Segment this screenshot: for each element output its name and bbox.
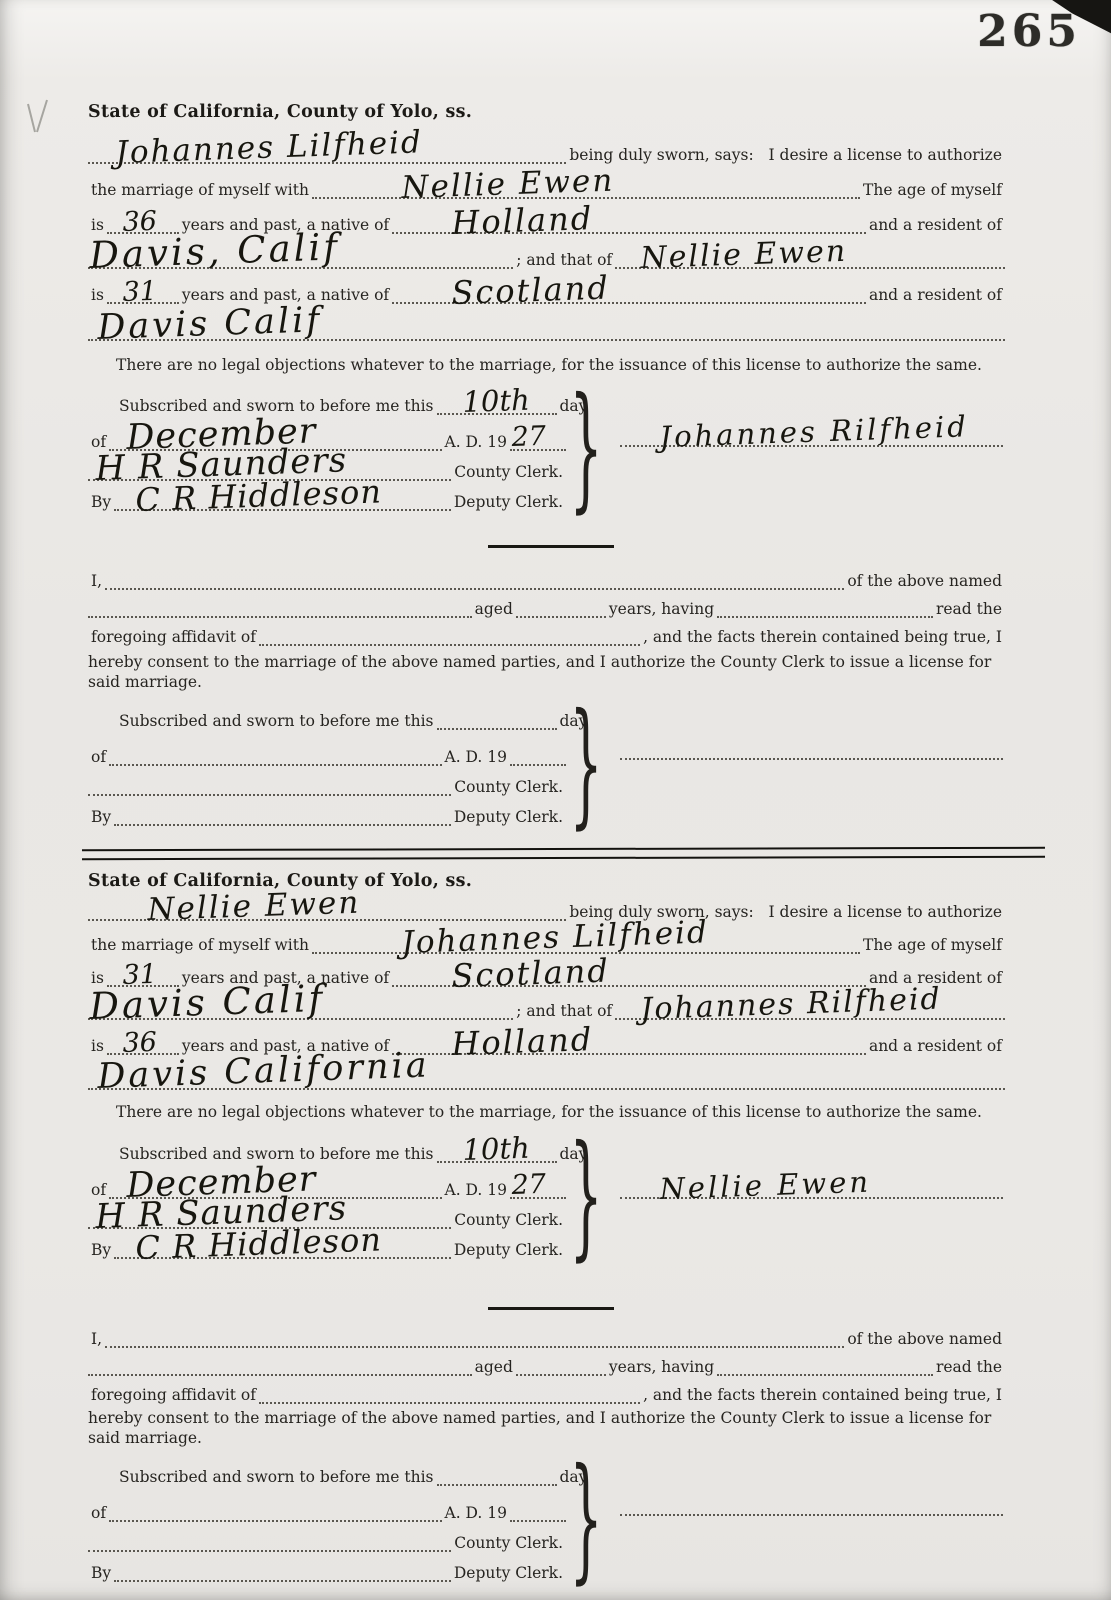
- sworn-year-field: 27: [510, 1195, 566, 1199]
- month-field-blank: [109, 1518, 441, 1522]
- label-is: is: [88, 1038, 107, 1055]
- applicant-signature-area: Nellie Ewen: [606, 1133, 1005, 1259]
- brace-icon: [566, 1133, 606, 1259]
- consent-signature-area: [606, 1456, 1005, 1582]
- that-of-name-handwriting: Johannes Rilfheid: [640, 985, 942, 1026]
- consent1-foregoing-row: foregoing affidavit of , and the facts t…: [88, 618, 1005, 646]
- birthplace-handwriting: Scotland: [451, 955, 610, 993]
- brace-icon: [566, 385, 606, 511]
- label-i: I,: [88, 1331, 105, 1348]
- label-ad19: A. D. 19: [442, 1182, 511, 1199]
- sworn-day-handwriting: 10th: [461, 1133, 529, 1164]
- affidavit1-header: State of California, County of Yolo, ss.: [88, 102, 1005, 122]
- spouse-birthplace-field: Scotland: [392, 300, 866, 304]
- label-aged: aged: [472, 601, 516, 618]
- county-clerk-row: County Clerk.: [88, 1522, 566, 1552]
- consent2-attestation-block: Subscribed and sworn to before me this d…: [88, 1456, 1005, 1582]
- consent-affiant-field: [259, 642, 640, 646]
- applicant-signature-area: Johannes Rilfheid: [606, 385, 1005, 511]
- month-row: of A. D. 19: [88, 1492, 566, 1522]
- label-resident-of: and a resident of: [866, 287, 1005, 304]
- day-field-blank: [437, 1482, 557, 1486]
- label-marriage-with: the marriage of myself with: [88, 937, 312, 954]
- label-deputy-clerk: Deputy Clerk.: [451, 1565, 566, 1582]
- label-by: By: [88, 809, 114, 826]
- affidavit1-spouse-age-row: is 31 years and past, a native of Scotla…: [88, 274, 1005, 304]
- label-and-that-of: ; and that of: [513, 252, 615, 269]
- label-marriage-with: the marriage of myself with: [88, 182, 312, 199]
- label-county-clerk: County Clerk.: [451, 464, 566, 481]
- that-of-name-handwriting: Nellie Ewen: [640, 237, 848, 274]
- consent2-aged-row: aged years, having read the: [88, 1348, 1005, 1376]
- label-facts-true: , and the facts therein contained being …: [640, 629, 1005, 646]
- consent-having-field: [717, 614, 933, 618]
- deputy-clerk-field-blank: [114, 822, 451, 826]
- affidavit2-spouse-row: the marriage of myself with Johannes Lil…: [88, 924, 1005, 954]
- label-read-the: read the: [933, 601, 1005, 618]
- label-of-above-named: of the above named: [844, 1331, 1005, 1348]
- affidavit1-residence-row: Davis, Calif ; and that of Nellie Ewen: [88, 239, 1005, 269]
- label-of: of: [88, 1505, 109, 1522]
- birthplace-field: Holland: [392, 230, 866, 234]
- consent1-aged-row: aged years, having read the: [88, 590, 1005, 618]
- affidavit2-spouse-residence-row: Davis California: [88, 1060, 1005, 1090]
- month-field-blank: [109, 762, 441, 766]
- attestation-lines: Subscribed and sworn to before me this d…: [88, 700, 566, 826]
- consent-blank-field: [88, 614, 472, 618]
- label-i: I,: [88, 573, 105, 590]
- deputy-clerk-signature-field: C R Hiddleson: [114, 1255, 451, 1259]
- label-ad19: A. D. 19: [442, 434, 511, 451]
- consent1-attestation-block: Subscribed and sworn to before me this d…: [88, 700, 1005, 826]
- affidavit1-attestation-block: Subscribed and sworn to before me this 1…: [88, 385, 1005, 511]
- label-of: of: [88, 749, 109, 766]
- brace-icon: [566, 700, 606, 826]
- label-is: is: [88, 217, 107, 234]
- scanned-document-page: 265 State of California, County of Yolo,…: [0, 0, 1111, 1600]
- deputy-clerk-signature-field: C R Hiddleson: [114, 507, 451, 511]
- sworn-day-field: 10th: [437, 1159, 557, 1163]
- applicant-name-handwriting: Nellie Ewen: [147, 888, 361, 926]
- year-field-blank: [510, 762, 566, 766]
- label-aged: aged: [472, 1359, 516, 1376]
- consent-signature-area: [606, 700, 1005, 826]
- applicant-name-field: Johannes Lilfheid: [88, 160, 566, 164]
- consent-age-field: [516, 1372, 606, 1376]
- applicant-signature: Nellie Ewen: [659, 1167, 871, 1203]
- label-read-the: read the: [933, 1359, 1005, 1376]
- consent1-sentence: hereby consent to the marriage of the ab…: [88, 652, 1005, 692]
- form-content: State of California, County of Yolo, ss.…: [88, 0, 1005, 1582]
- subscribed-row: Subscribed and sworn to before me this 1…: [88, 1133, 566, 1163]
- label-foregoing: foregoing affidavit of: [88, 1387, 259, 1404]
- label-is: is: [88, 287, 107, 304]
- brace-icon: [566, 1456, 606, 1582]
- year-field-blank: [510, 1518, 566, 1522]
- label-ad19: A. D. 19: [442, 749, 511, 766]
- deputy-clerk-row: By C R Hiddleson Deputy Clerk.: [88, 1229, 566, 1259]
- consent2-sentence: hereby consent to the marriage of the ab…: [88, 1408, 1005, 1448]
- no-objections-text: There are no legal objections whatever t…: [88, 1102, 1005, 1122]
- deputy-clerk-row: By Deputy Clerk.: [88, 1552, 566, 1582]
- no-objections-text: There are no legal objections whatever t…: [88, 355, 1005, 375]
- double-rule-divider: [82, 847, 1045, 861]
- label-foregoing: foregoing affidavit of: [88, 629, 259, 646]
- label-and-that-of: ; and that of: [513, 1003, 615, 1020]
- label-subscribed: Subscribed and sworn to before me this: [116, 713, 437, 730]
- subscribed-row: Subscribed and sworn to before me this d…: [88, 1456, 566, 1486]
- spouse-residence-handwriting: Davis California: [97, 1049, 430, 1096]
- spouse-residence-field: Davis Calif: [88, 337, 1005, 341]
- spouse-residence-handwriting: Davis Calif: [97, 303, 323, 346]
- deputy-clerk-row: By C R Hiddleson Deputy Clerk.: [88, 481, 566, 511]
- affidavit2-applicant-row: Nellie Ewen being duly sworn, says: I de…: [88, 891, 1005, 921]
- label-by: By: [88, 1242, 114, 1259]
- attestation-lines: Subscribed and sworn to before me this d…: [88, 1456, 566, 1582]
- label-county-clerk: County Clerk.: [451, 1535, 566, 1552]
- affidavit1-spouse-row: the marriage of myself with Nellie Ewen …: [88, 169, 1005, 199]
- residence-field: Davis, Calif: [88, 265, 513, 269]
- spouse-age-handwriting: 36: [122, 1029, 157, 1057]
- affidavit2-residence-row: Davis Calif ; and that of Johannes Rilfh…: [88, 990, 1005, 1020]
- consent2-i-row: I, of the above named: [88, 1320, 1005, 1348]
- label-deputy-clerk: Deputy Clerk.: [451, 494, 566, 511]
- spouse-birthplace-field: Holland: [392, 1051, 866, 1055]
- spouse-age-handwriting: 31: [122, 278, 157, 306]
- label-of-above-named: of the above named: [844, 573, 1005, 590]
- consent-name-field: [105, 1344, 844, 1348]
- consent-blank-field: [88, 1372, 472, 1376]
- label-resident-of: and a resident of: [866, 217, 1005, 234]
- sworn-year-handwriting: 27: [511, 423, 546, 451]
- section-divider: [488, 1307, 614, 1310]
- applicant-name-handwriting: Johannes Lilfheid: [115, 127, 423, 169]
- affidavit2-spouse-age-row: is 36 years and past, a native of Hollan…: [88, 1025, 1005, 1055]
- label-being-duly-sworn: being duly sworn, says: I desire a licen…: [566, 147, 1005, 164]
- affidavit2-attestation-block: Subscribed and sworn to before me this 1…: [88, 1133, 1005, 1259]
- spouse-birthplace-handwriting: Holland: [451, 1023, 594, 1060]
- label-subscribed: Subscribed and sworn to before me this: [116, 1469, 437, 1486]
- county-clerk-field-blank: [88, 1548, 451, 1552]
- consent1-i-row: I, of the above named: [88, 562, 1005, 590]
- consent2-foregoing-row: foregoing affidavit of , and the facts t…: [88, 1376, 1005, 1404]
- subscribed-row: Subscribed and sworn to before me this d…: [88, 700, 566, 730]
- consent-affiant-field: [259, 1400, 640, 1404]
- attestation-lines: Subscribed and sworn to before me this 1…: [88, 1133, 566, 1259]
- applicant-signature-line: Johannes Rilfheid: [620, 443, 1003, 447]
- label-by: By: [88, 1565, 114, 1582]
- sworn-day-handwriting: 10th: [461, 386, 529, 417]
- label-facts-true: , and the facts therein contained being …: [640, 1387, 1005, 1404]
- label-age-of-myself: The age of myself: [860, 937, 1005, 954]
- spouse-age-field: 31: [107, 300, 179, 304]
- deputy-clerk-field-blank: [114, 1578, 451, 1582]
- day-field-blank: [437, 726, 557, 730]
- residence-handwriting: Davis Calif: [89, 980, 326, 1025]
- attestation-lines: Subscribed and sworn to before me this 1…: [88, 385, 566, 511]
- applicant-signature: Johannes Rilfheid: [659, 412, 969, 452]
- residence-field: Davis Calif: [88, 1016, 513, 1020]
- pencil-mark: [24, 96, 50, 138]
- county-clerk-row: County Clerk.: [88, 766, 566, 796]
- label-age-of-myself: The age of myself: [860, 182, 1005, 199]
- sworn-year-handwriting: 27: [511, 1170, 546, 1198]
- affidavit1-spouse-residence-row: Davis Calif: [88, 311, 1005, 341]
- spouse-birthplace-handwriting: Scotland: [451, 271, 610, 309]
- that-of-name-field: Nellie Ewen: [615, 265, 1005, 269]
- label-by: By: [88, 494, 114, 511]
- consent-age-field: [516, 614, 606, 618]
- label-years-having: years, having: [606, 1359, 717, 1376]
- deputy-clerk-row: By Deputy Clerk.: [88, 796, 566, 826]
- label-years-having: years, having: [606, 601, 717, 618]
- section-divider: [488, 545, 614, 548]
- deputy-clerk-signature: C R Hiddleson: [135, 476, 382, 517]
- consent-signature-line-blank: [620, 756, 1003, 760]
- consent-name-field: [105, 586, 844, 590]
- spouse-residence-field: Davis California: [88, 1086, 1005, 1090]
- label-county-clerk: County Clerk.: [451, 779, 566, 796]
- spouse-name-handwriting: Nellie Ewen: [401, 166, 615, 204]
- applicant-signature-line: Nellie Ewen: [620, 1195, 1003, 1199]
- affidavit1-applicant-row: Johannes Lilfheid being duly sworn, says…: [88, 134, 1005, 164]
- label-ad19: A. D. 19: [442, 1505, 511, 1522]
- birthplace-handwriting: Holland: [451, 202, 594, 239]
- label-county-clerk: County Clerk.: [451, 1212, 566, 1229]
- that-of-name-field: Johannes Rilfheid: [615, 1016, 1005, 1020]
- county-clerk-field-blank: [88, 792, 451, 796]
- month-row: of A. D. 19: [88, 736, 566, 766]
- deputy-clerk-signature: C R Hiddleson: [135, 1223, 382, 1264]
- subscribed-row: Subscribed and sworn to before me this 1…: [88, 385, 566, 415]
- label-deputy-clerk: Deputy Clerk.: [451, 1242, 566, 1259]
- consent-having-field: [717, 1372, 933, 1376]
- label-resident-of: and a resident of: [866, 1038, 1005, 1055]
- sworn-year-field: 27: [510, 447, 566, 451]
- label-deputy-clerk: Deputy Clerk.: [451, 809, 566, 826]
- sworn-day-field: 10th: [437, 411, 557, 415]
- consent-signature-line-blank: [620, 1512, 1003, 1516]
- residence-handwriting: Davis, Calif: [89, 228, 341, 274]
